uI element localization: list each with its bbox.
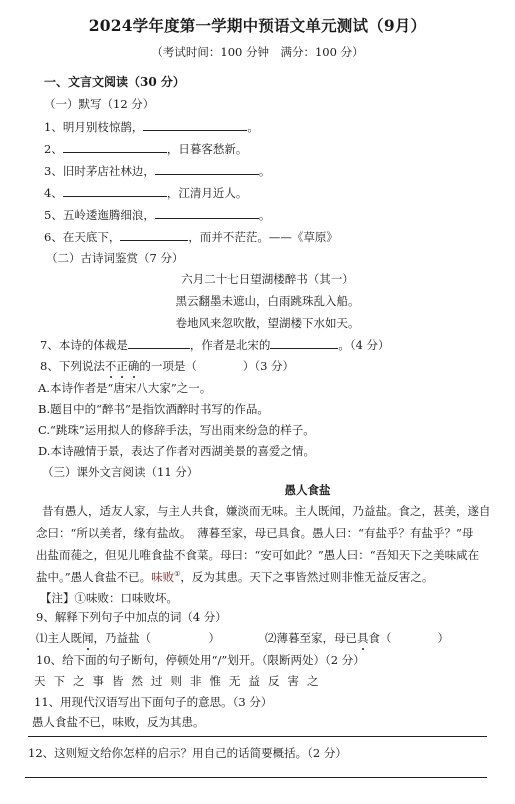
item-number: 3、: [44, 164, 63, 178]
passage-text: ，反为其患。天下之事皆然过则非惟无益反害之。: [180, 570, 433, 584]
item-suffix: ，日暮客愁新。: [167, 142, 248, 156]
passage-line-4: 盐中。”愚人食盐不已。味败①，反为其患。天下之事皆然过则非惟无益反害之。: [36, 569, 433, 585]
q8-prefix: 8、下列说法: [40, 359, 105, 373]
q9b-suffix: 食（ ）: [369, 631, 450, 645]
item-suffix: ，而并不茫茫。——《草原》: [188, 230, 338, 244]
item-suffix: 。: [259, 164, 271, 178]
passage-line-3: 出盐而蓰之，但见儿唯食盐不食菜。母曰：“安可如此？”愚人曰：“吾知天下之美味咸在: [36, 547, 479, 563]
answer-blank[interactable]: [143, 119, 247, 131]
dictation-item-1: 1、明月别枝惊鹊，。: [44, 119, 259, 135]
question-10: 10、给下面的句子断句，停顿处用“/”划开。（限断两处）（2 分）: [36, 652, 365, 668]
q12-answer-line[interactable]: [25, 777, 487, 778]
annotated-word: 味败: [151, 570, 174, 584]
poem-title: 六月二十七日望湖楼醉书（其一）: [0, 271, 515, 287]
question-11: 11、用现代汉语写出下面句子的意思。（3 分）: [34, 694, 272, 710]
answer-blank[interactable]: [63, 185, 167, 197]
dictation-item-2: 2、，日暮客愁新。: [44, 141, 247, 157]
emphasized-char: 闻: [82, 630, 94, 646]
item-suffix: 。: [247, 120, 259, 134]
q8-suffix: 的一项是（ ）（3 分）: [139, 359, 294, 373]
exam-subtitle: （考试时间：100 分钟 满分：100 分）: [0, 44, 515, 60]
option-d: D.本诗融情于景，表达了作者对西湖美景的喜爱之情。: [38, 443, 315, 459]
emphasized-char: 具: [357, 630, 369, 646]
q11-answer-line[interactable]: [28, 736, 487, 737]
q7-prefix: 7、本诗的体裁是: [40, 338, 128, 352]
option-b: B.题目中的“醉书”是指饮酒醉时书写的作品。: [38, 401, 269, 417]
question-9-a: ⑴主人既闻，乃益盐（ ）: [36, 630, 220, 646]
part2-heading: （二）古诗词鉴赏（7 分）: [46, 250, 183, 266]
passage-title: 愚人食盐: [0, 482, 515, 498]
poem-line-1: 黑云翻墨未遮山，白雨跳珠乱入船。: [0, 293, 515, 309]
item-prompt: 明月别枝惊鹊，: [63, 120, 144, 134]
q9b-prefix: ⑵薄暮至家，母已: [265, 631, 357, 645]
q7-blank-genre[interactable]: [128, 337, 190, 349]
question-7: 7、本诗的体裁是，作者是北宋的。（4 分）: [40, 337, 390, 353]
q11-sentence: 愚人食盐不已，味败，反为其患。: [32, 714, 205, 730]
item-suffix: 。: [259, 208, 271, 222]
section-heading: 一、文言文阅读（30 分）: [44, 73, 185, 90]
q9a-suffix: ，乃益盐（ ）: [94, 631, 221, 645]
poem-line-2: 卷地风来忽吹散，望湖楼下水如天。: [0, 315, 515, 331]
dictation-item-6: 6、在天底下，，而并不茫茫。——《草原》: [44, 229, 338, 245]
question-9: 9、解释下列句子中加点的词（4 分）: [36, 609, 227, 625]
emphasized-char: 确: [128, 358, 140, 374]
question-9-b: ⑵薄暮至家，母已具食（ ）: [265, 630, 449, 646]
exam-title: 2024学年度第一学期中预语文单元测试（9月）: [0, 14, 515, 36]
q10-sentence[interactable]: 天下之事皆然过则非惟无益反害之: [34, 673, 327, 689]
item-number: 1、: [44, 120, 63, 134]
answer-blank[interactable]: [120, 229, 188, 241]
item-prompt: 五岭逶迤腾细浪，: [63, 208, 155, 222]
passage-text: 盐中。”愚人食盐不已。: [36, 570, 151, 584]
item-suffix: ，江清月近人。: [167, 186, 248, 200]
q9a-prefix: ⑴主人既: [36, 631, 82, 645]
item-number: 4、: [44, 186, 63, 200]
dictation-item-4: 4、，江清月近人。: [44, 185, 247, 201]
q7-suffix: 。（4 分）: [338, 338, 389, 352]
passage-line-1: 昔有愚人，适友人家，与主人共食，嫌淡而无味。主人既闻，乃益盐。食之，甚美，遂自: [42, 503, 491, 519]
item-number: 2、: [44, 142, 63, 156]
footnote: 【注】①味败：口味败坏。: [40, 590, 178, 606]
option-a: A.本诗作者是“唐宋八大家”之一。: [38, 380, 211, 396]
emphasized-char: 不: [105, 358, 117, 374]
item-number: 5、: [44, 208, 63, 222]
item-prompt: 旧时茅店社林边，: [63, 164, 155, 178]
passage-line-2: 念曰：“所以美者，缘有盐故。 薄暮至家，母已具食。愚人曰：“有盐乎？有盐乎？”母: [36, 525, 473, 541]
answer-blank[interactable]: [155, 207, 259, 219]
q7-blank-author[interactable]: [270, 337, 338, 349]
question-12: 12、这则短文给你怎样的启示？用自己的话简要概括。（2 分）: [28, 745, 347, 761]
answer-blank[interactable]: [63, 141, 167, 153]
question-8: 8、下列说法不正确的一项是（ ）（3 分）: [40, 358, 294, 374]
emphasized-char: 正: [116, 358, 128, 374]
answer-blank[interactable]: [155, 163, 259, 175]
q7-middle: ，作者是北宋的: [190, 338, 271, 352]
item-number: 6、: [44, 230, 63, 244]
part3-heading: （三）课外文言阅读（11 分）: [42, 464, 198, 480]
part1-heading: （一）默写（12 分）: [44, 96, 154, 112]
option-c: C.“跳珠”运用拟人的修辞手法，写出雨来纷急的样子。: [38, 422, 315, 438]
dictation-item-3: 3、旧时茅店社林边，。: [44, 163, 270, 179]
dictation-item-5: 5、五岭逶迤腾细浪，。: [44, 207, 270, 223]
item-prompt: 在天底下，: [63, 230, 121, 244]
